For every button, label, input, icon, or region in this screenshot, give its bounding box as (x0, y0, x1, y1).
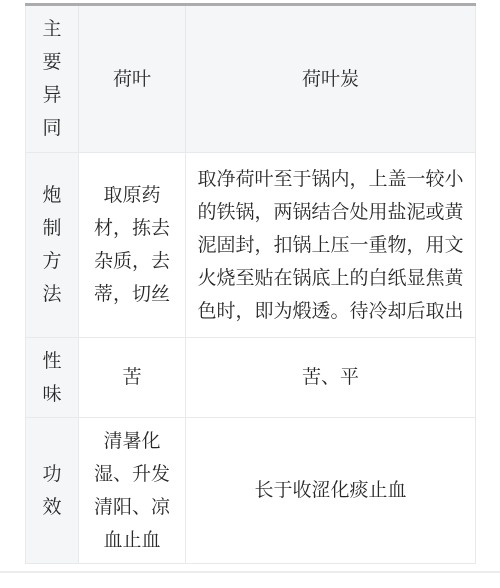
row-header-efficacy: 功 效 (26, 418, 79, 564)
table-row-efficacy: 功 效 清暑化湿、升发清阳、凉血止血 长于收涩化痰止血 (26, 418, 476, 564)
table-row-processing-method: 炮 制 方 法 取原药材，拣去杂质，去蒂，切丝 取净荷叶至于锅内，上盖一较小的铁… (26, 153, 476, 338)
row-header-nature-taste-label: 性 味 (42, 351, 61, 405)
row-header-processing-method-label: 炮 制 方 法 (42, 185, 61, 305)
cell-heyetan-nature-taste: 苦、平 (186, 338, 476, 418)
cell-heye-nature-taste: 苦 (79, 338, 186, 418)
cell-heyetan-processing-method: 取净荷叶至于锅内，上盖一较小的铁锅，两锅结合处用盐泥或黄泥固封，扣锅上压一重物，… (186, 153, 476, 338)
column-header-heyetan: 荷叶炭 (186, 5, 476, 153)
row-header-nature-taste: 性 味 (26, 338, 79, 418)
comparison-table: 主 要 异 同 荷叶 荷叶炭 炮 制 方 法 取原药材，拣去杂质，去蒂，切丝 取… (25, 3, 476, 564)
cell-heyetan-efficacy: 长于收涩化痰止血 (186, 418, 476, 564)
corner-header-label: 主 要 异 同 (42, 19, 61, 139)
column-header-heyetan-label: 荷叶炭 (302, 69, 359, 90)
row-header-processing-method: 炮 制 方 法 (26, 153, 79, 338)
column-header-heye: 荷叶 (79, 5, 186, 153)
table-header-row: 主 要 异 同 荷叶 荷叶炭 (26, 5, 476, 153)
page-divider (0, 571, 500, 573)
cell-heye-efficacy: 清暑化湿、升发清阳、凉血止血 (79, 418, 186, 564)
corner-header-cell: 主 要 异 同 (26, 5, 79, 153)
row-header-efficacy-label: 功 效 (42, 464, 61, 518)
column-header-heye-label: 荷叶 (113, 69, 151, 90)
cell-heye-processing-method: 取原药材，拣去杂质，去蒂，切丝 (79, 153, 186, 338)
page: 主 要 异 同 荷叶 荷叶炭 炮 制 方 法 取原药材，拣去杂质，去蒂，切丝 取… (0, 0, 500, 588)
table-row-nature-taste: 性 味 苦 苦、平 (26, 338, 476, 418)
